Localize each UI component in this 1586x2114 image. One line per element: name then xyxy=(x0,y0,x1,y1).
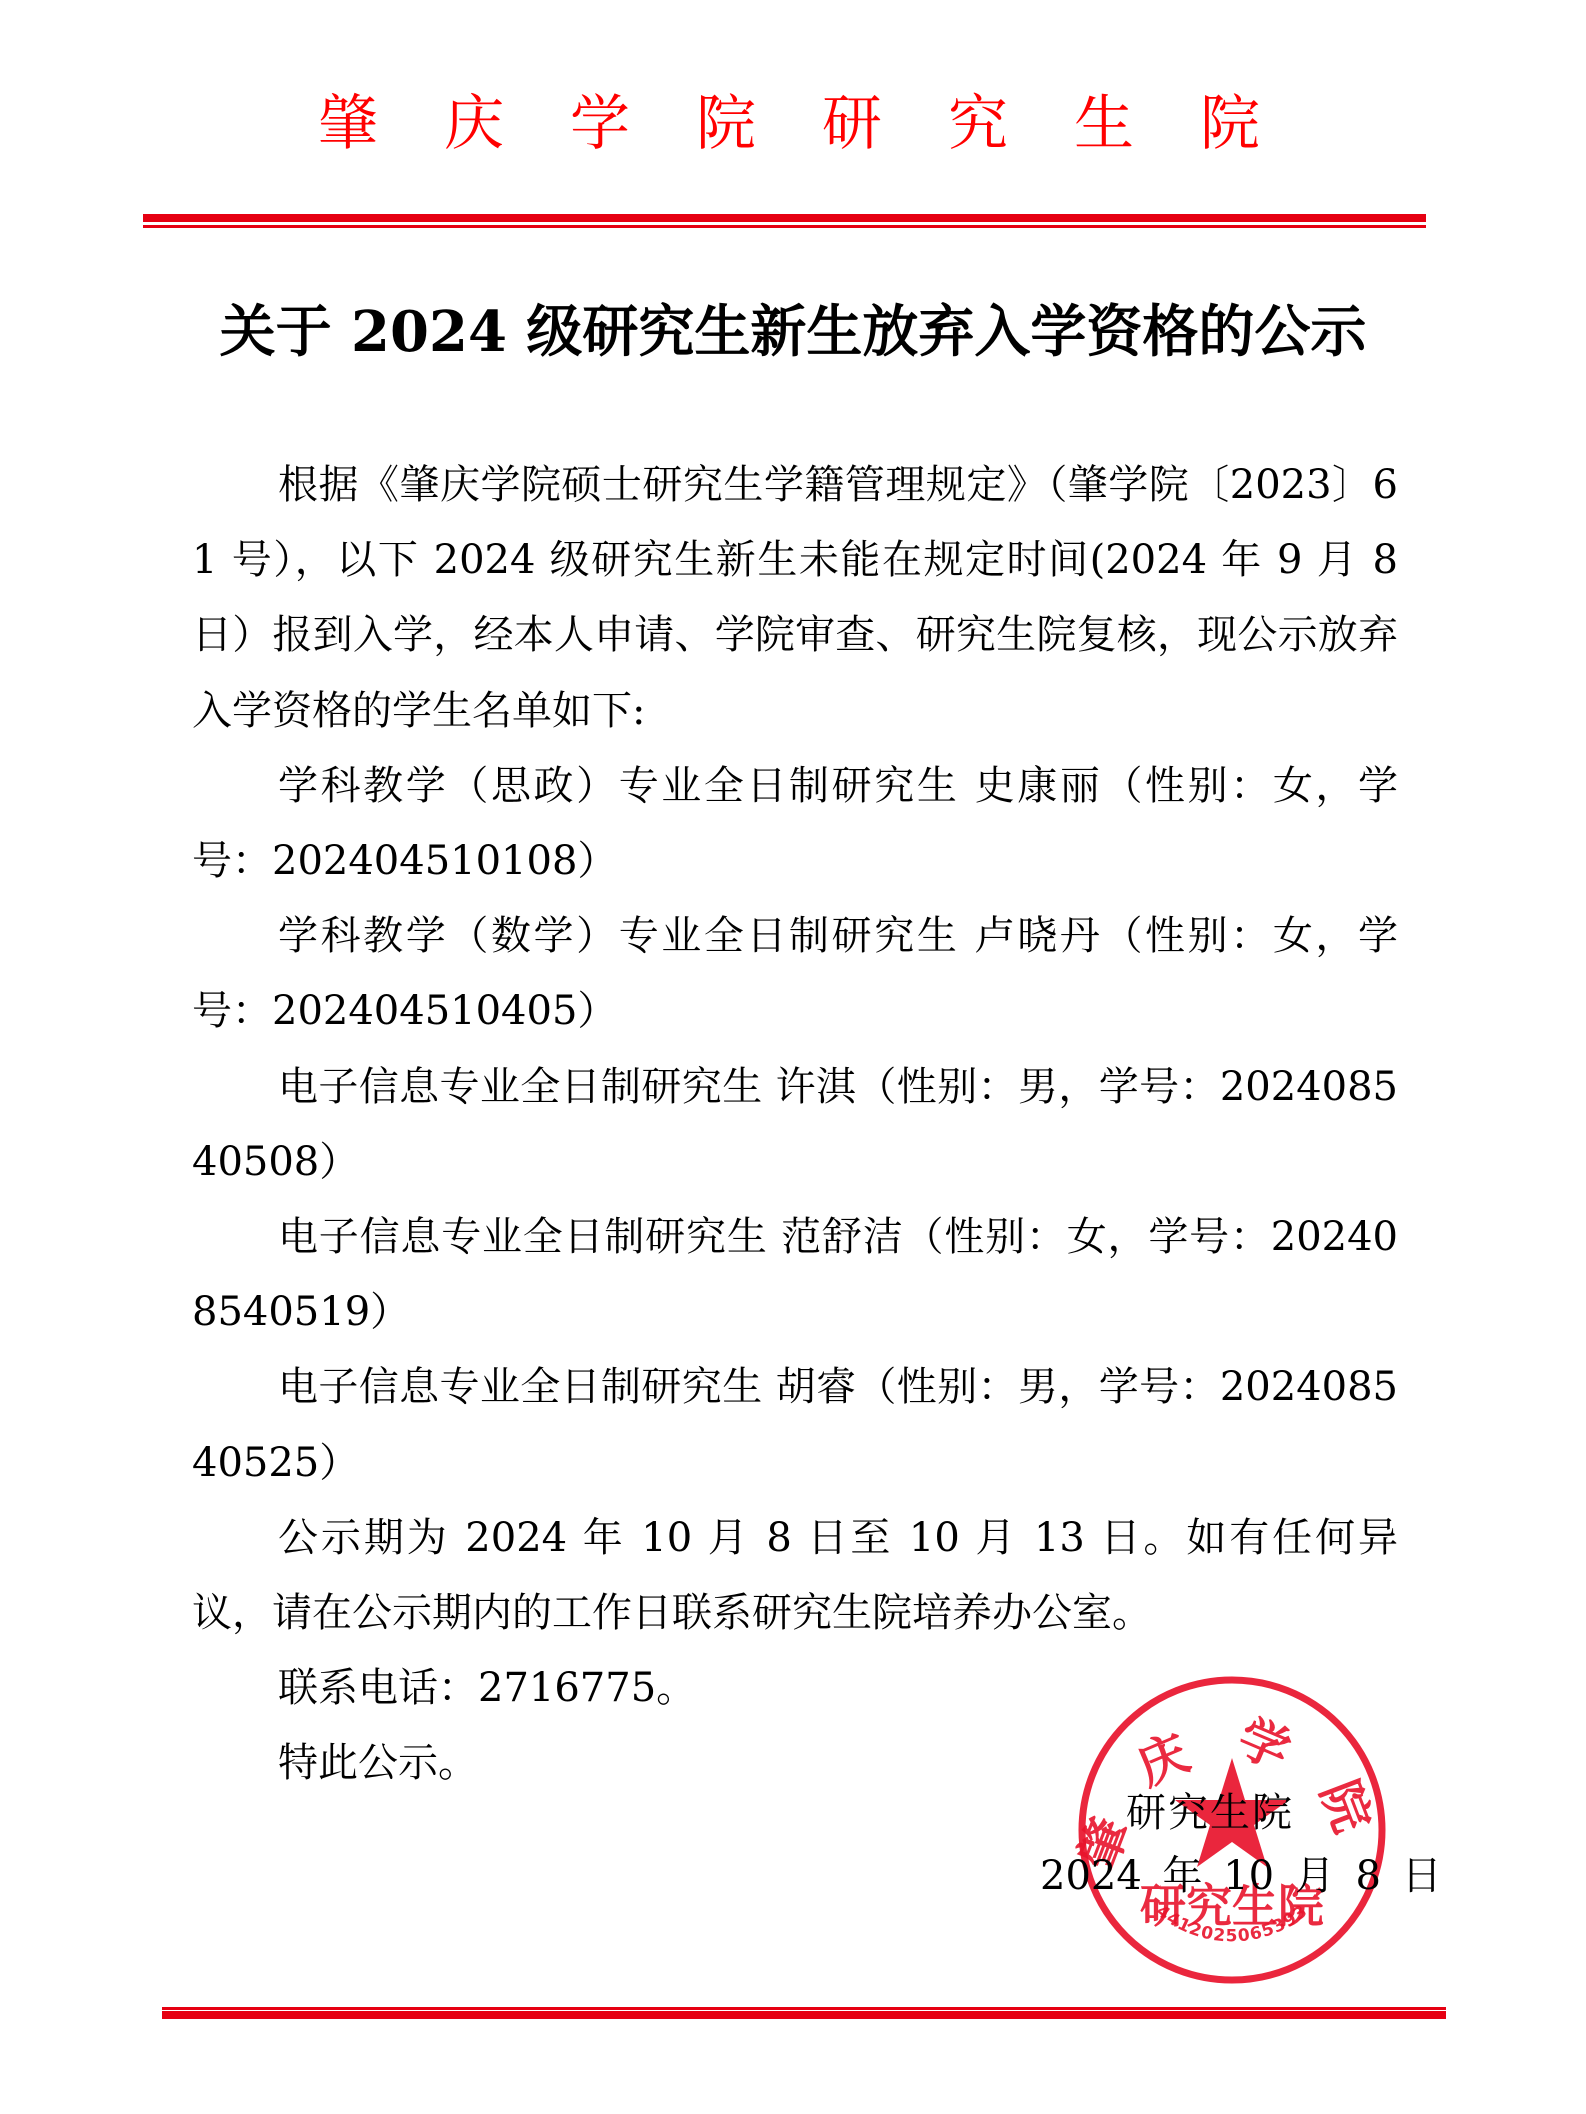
footer-rule-thick xyxy=(162,2011,1446,2019)
letterhead-char: 究 xyxy=(948,84,1074,164)
student-entry: 电子信息专业全日制研究生 范舒洁（性别：女，学号：202408540519） xyxy=(192,1200,1398,1350)
letterhead-char: 研 xyxy=(822,84,948,164)
student-entry: 电子信息专业全日制研究生 许淇（性别：男，学号：202408540508） xyxy=(192,1050,1398,1200)
letterhead-char: 院 xyxy=(1200,84,1260,164)
intro-paragraph: 根据《肇庆学院硕士研究生学籍管理规定》（肇学院〔2023〕61 号），以下 20… xyxy=(192,448,1398,749)
letterhead-char: 生 xyxy=(1074,84,1200,164)
footer-rule-thin xyxy=(162,2007,1446,2010)
header-rule-thin xyxy=(143,225,1426,228)
signature-org: 研究生院 xyxy=(1126,1783,1294,1843)
signature-date: 2024 年 10 月 8 日 xyxy=(1040,1846,1442,1906)
student-entry: 学科教学（思政）专业全日制研究生 史康丽（性别：女，学号：20240451010… xyxy=(192,749,1398,899)
header-rule-thick xyxy=(143,214,1426,222)
letterhead-char: 肇 xyxy=(318,84,444,164)
letterhead-char: 学 xyxy=(570,84,696,164)
letterhead-org-name: 肇 庆 学 院 研 究 生 院 xyxy=(318,84,1260,164)
document-title: 关于 2024 级研究生新生放弃入学资格的公示 xyxy=(150,292,1436,372)
document-body: 根据《肇庆学院硕士研究生学籍管理规定》（肇学院〔2023〕61 号），以下 20… xyxy=(192,448,1398,1802)
letterhead-char: 院 xyxy=(696,84,822,164)
student-entry: 电子信息专业全日制研究生 胡睿（性别：男，学号：202408540525） xyxy=(192,1350,1398,1500)
notice-period-paragraph: 公示期为 2024 年 10 月 8 日至 10 月 13 日。如有任何异议，请… xyxy=(192,1501,1398,1651)
letterhead-char: 庆 xyxy=(444,84,570,164)
student-entry: 学科教学（数学）专业全日制研究生 卢晓丹（性别：女，学号：20240451040… xyxy=(192,899,1398,1049)
